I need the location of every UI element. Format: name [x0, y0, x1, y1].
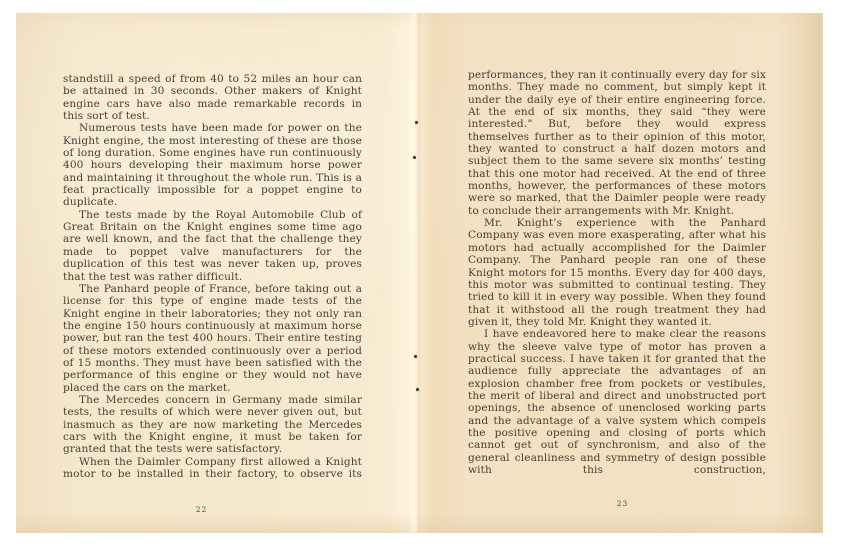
page-number-right: 23	[473, 499, 772, 508]
page-number-left: 22	[52, 505, 351, 514]
paragraph: performances, they ran it continually ev…	[468, 69, 766, 217]
paragraph: Numerous tests have been made for power …	[63, 122, 362, 208]
page-right-text: performances, they ran it continually ev…	[468, 69, 766, 476]
paragraph: When the Daimler Company first allowed a…	[63, 456, 362, 481]
paragraph: I have endeavored here to make clear the…	[468, 328, 766, 476]
page-left: standstill a speed of from 40 to 52 mile…	[16, 13, 419, 533]
paragraph: The Panhard people of France, before tak…	[63, 283, 362, 394]
paragraph: Mr. Knight’s experience with the Panhard…	[468, 217, 766, 328]
book-scan: standstill a speed of from 40 to 52 mile…	[16, 13, 823, 533]
page-left-text: standstill a speed of from 40 to 52 mile…	[63, 73, 362, 480]
paragraph: The Mercedes concern in Germany made sim…	[63, 394, 362, 456]
page-right: performances, they ran it continually ev…	[419, 13, 823, 533]
screenshot-root: { "document": { "kind": "scanned-book-sp…	[0, 0, 843, 555]
paragraph: The tests made by the Royal Automobile C…	[63, 209, 362, 283]
paragraph: standstill a speed of from 40 to 52 mile…	[63, 73, 362, 122]
